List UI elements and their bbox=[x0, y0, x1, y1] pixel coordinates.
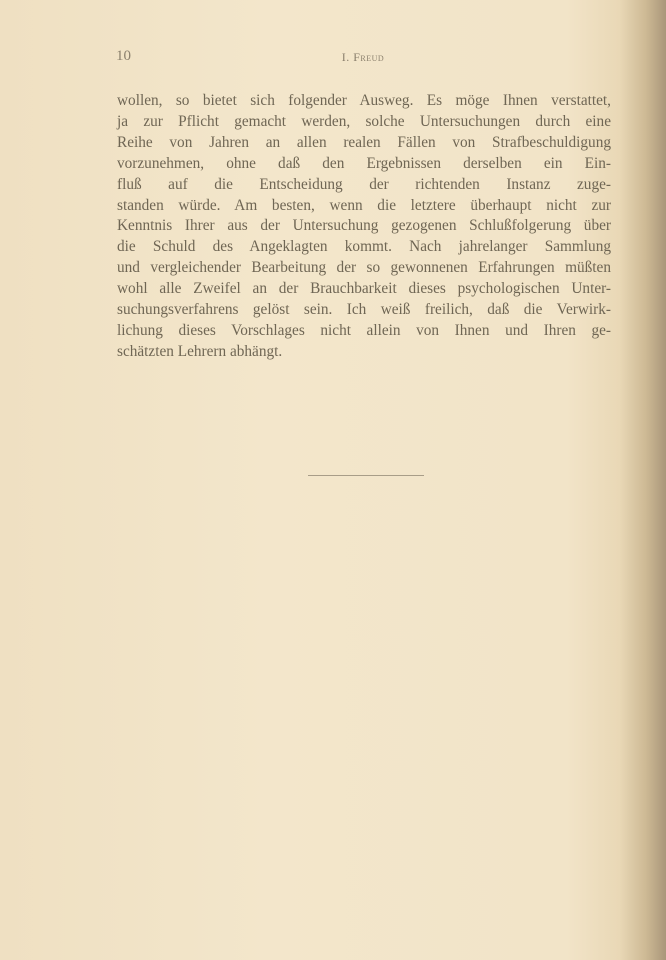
text-line: vorzunehmen, ohne daß den Ergebnissen de… bbox=[117, 154, 611, 175]
text-line: ja zur Pflicht gemacht werden, solche Un… bbox=[117, 112, 611, 133]
text-line: standen würde. Am besten, wenn die letzt… bbox=[117, 196, 611, 217]
text-line: und vergleichender Bearbeitung der so ge… bbox=[117, 258, 611, 279]
text-line: suchungsverfahrens gelöst sein. Ich weiß… bbox=[117, 300, 611, 321]
body-paragraph: wollen, so bietet sich folgender Ausweg.… bbox=[117, 91, 611, 363]
section-divider bbox=[308, 475, 424, 476]
text-line: schätzten Lehrern abhängt. bbox=[117, 342, 611, 363]
text-line: lichung dieses Vorschlages nicht allein … bbox=[117, 321, 611, 342]
text-line: die Schuld des Angeklagten kommt. Nach j… bbox=[117, 237, 611, 258]
text-line: fluß auf die Entscheidung der richtenden… bbox=[117, 175, 611, 196]
text-line: wollen, so bietet sich folgender Ausweg.… bbox=[117, 91, 611, 112]
text-line: wohl alle Zweifel an der Brauchbarkeit d… bbox=[117, 279, 611, 300]
running-head: I. Freud bbox=[116, 50, 610, 65]
text-line: Kenntnis Ihrer aus der Untersuchung gezo… bbox=[117, 216, 611, 237]
page-header: 10 I. Freud bbox=[116, 48, 610, 68]
text-line: Reihe von Jahren an allen realen Fällen … bbox=[117, 133, 611, 154]
scanned-page: 10 I. Freud wollen, so bietet sich folge… bbox=[0, 0, 666, 960]
